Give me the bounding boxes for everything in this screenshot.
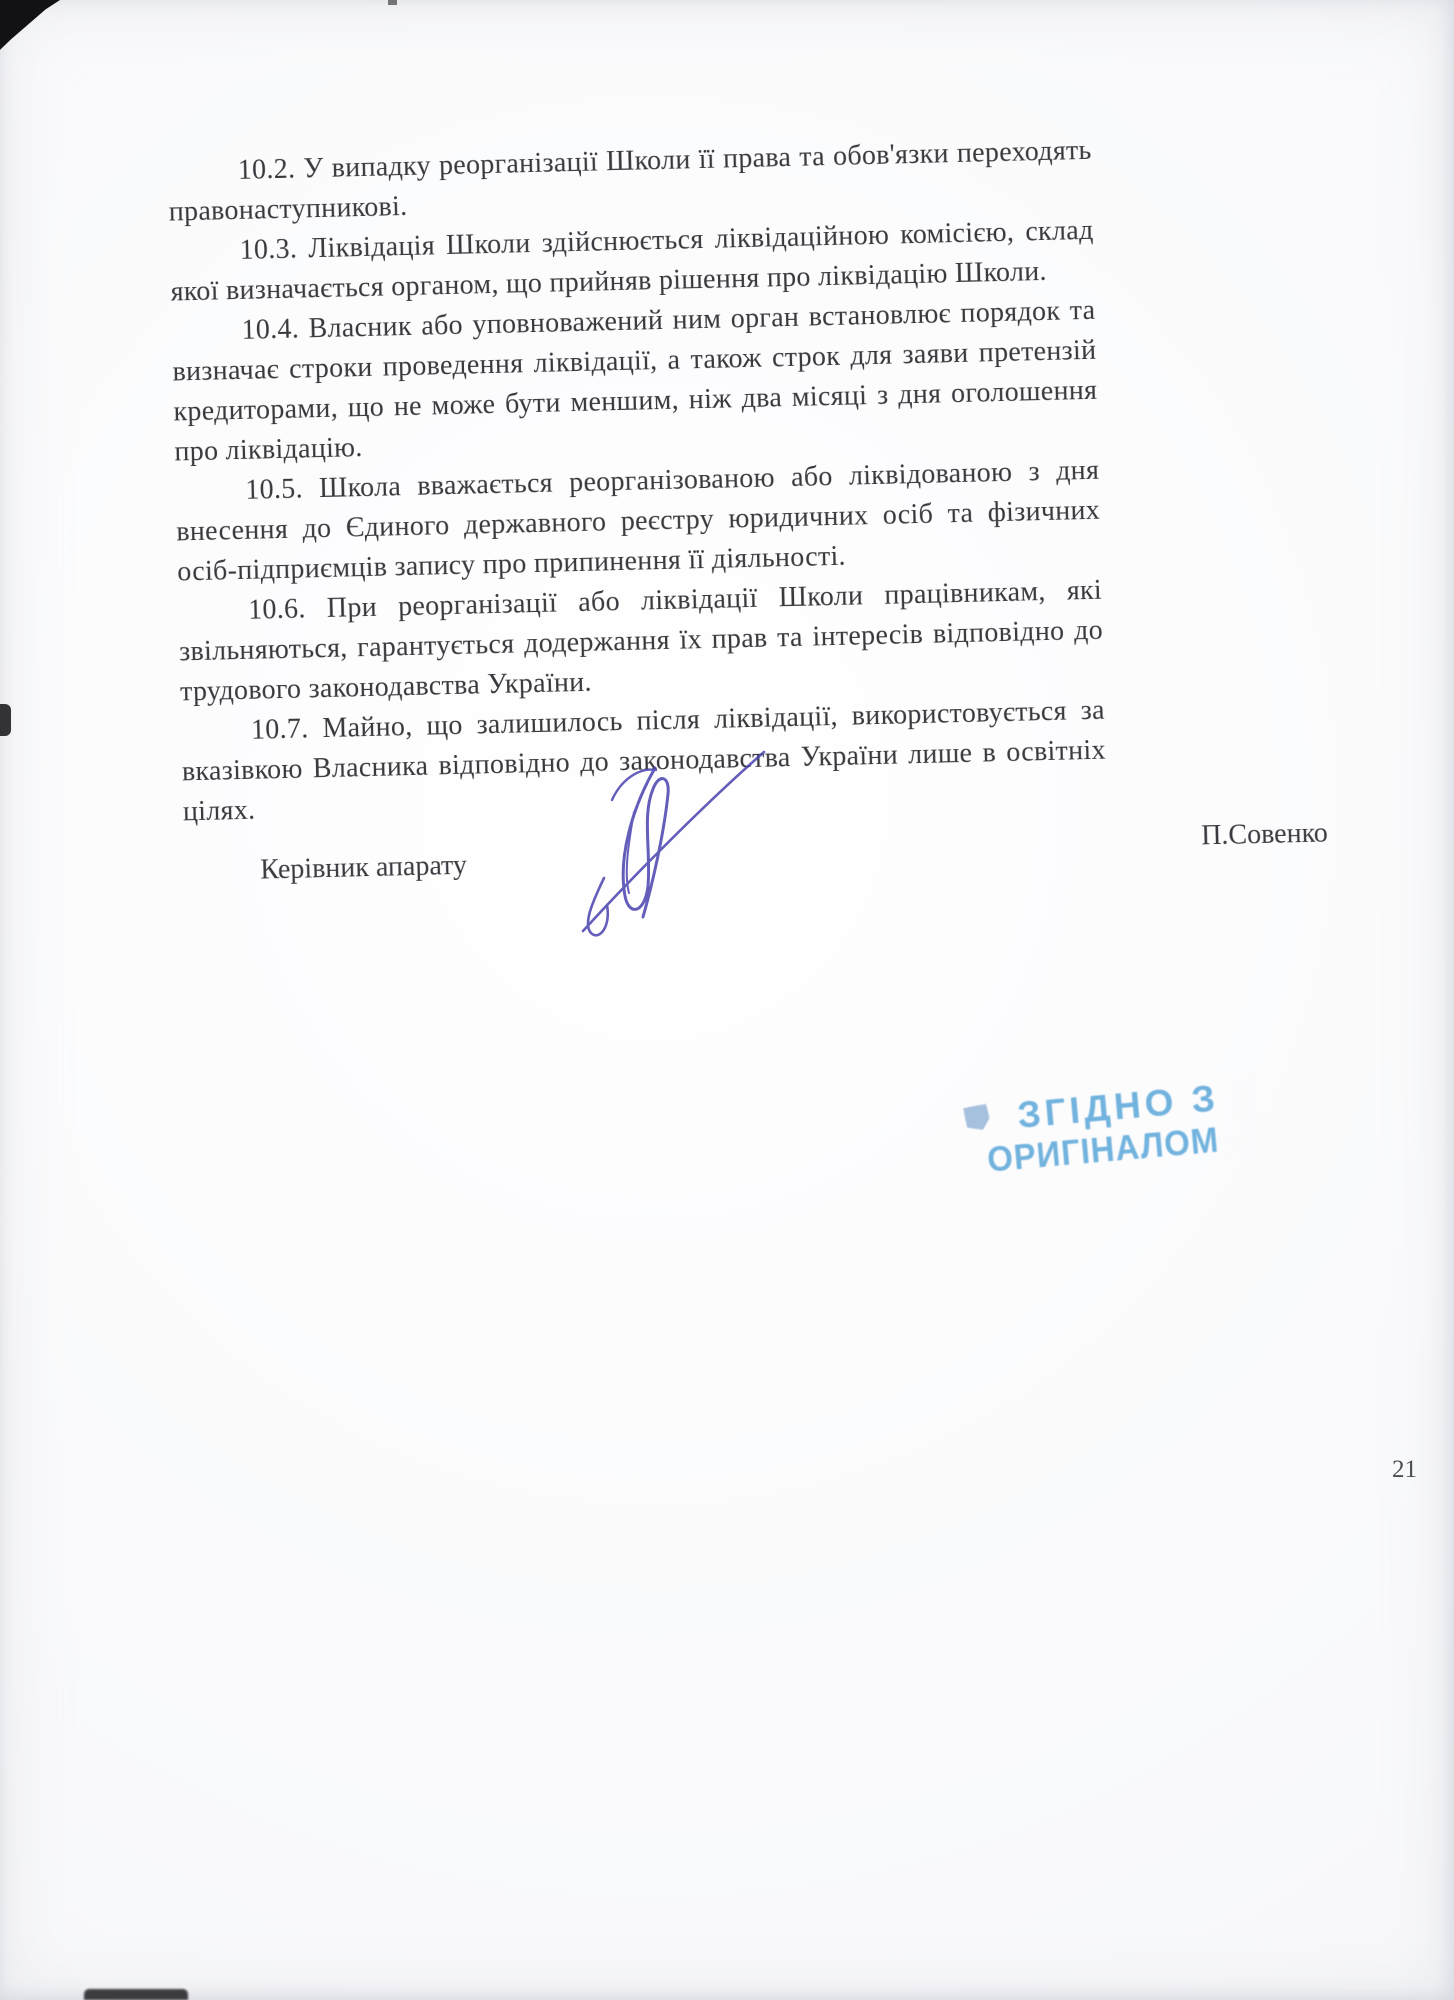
statute-text-block: 10.2. У випадку реорганізації Школи її п…	[167, 131, 1107, 833]
signer-name: П.Совенко	[1201, 817, 1328, 852]
paragraph-10-5: 10.5. Школа вважається реорганізованою а…	[175, 451, 1102, 593]
paragraph-10-4: 10.4. Власник або уповноважений ним орга…	[171, 291, 1099, 473]
paragraph-10-6: 10.6. При реорганізації або ліквідації Ш…	[178, 571, 1105, 713]
page-number: 21	[1392, 1456, 1417, 1484]
signer-title: Керівник апарату	[260, 850, 467, 887]
scanned-document-page: 10.2. У випадку реорганізації Школи її п…	[0, 0, 1454, 2000]
paragraph-10-7: 10.7. Майно, що залишилось після ліквіда…	[181, 691, 1108, 833]
signature-row: Керівник апарату П.Совенко	[184, 829, 1335, 898]
typed-content-tilt-layer: 10.2. У випадку реорганізації Школи її п…	[0, 0, 1454, 2000]
